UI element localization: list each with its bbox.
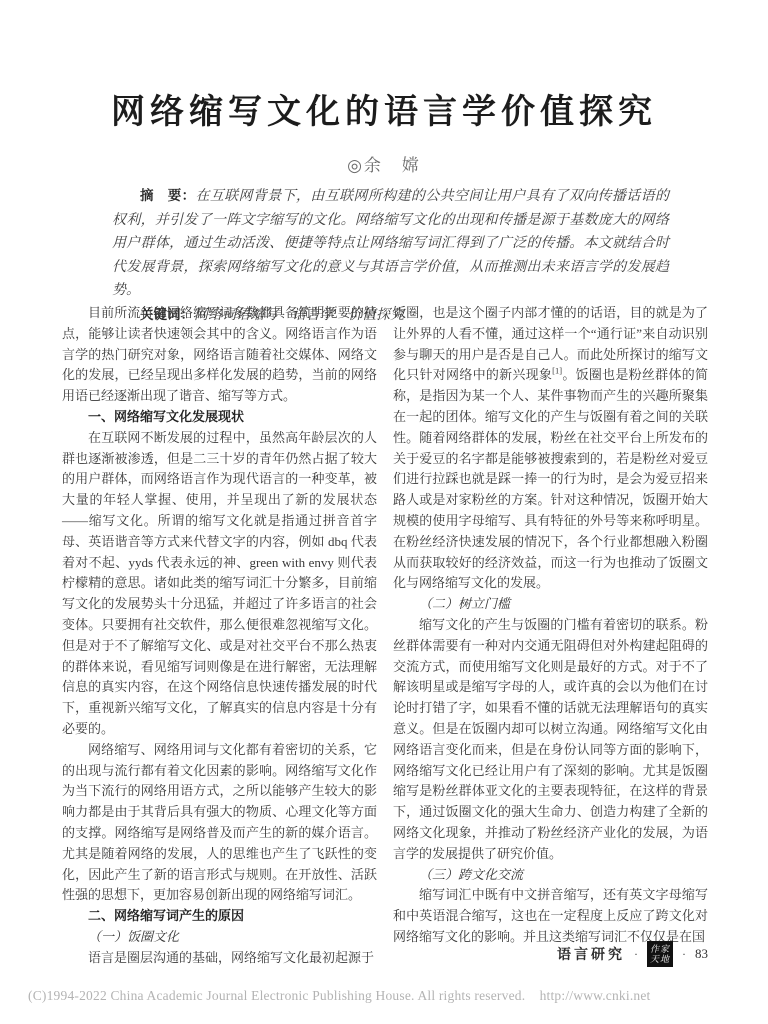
body-paragraph: 饭圈，也是这个圈子内部才懂的的话语，目的就是为了让外界的人看不懂，通过这样一个“… [393,303,708,594]
body-paragraph: 在互联网不断发展的过程中，虽然高年龄层次的人群也逐渐被渗透，但是二三十岁的青年仍… [62,428,377,740]
separator-dot: · [634,947,638,962]
abstract-text: 在互联网背景下，由互联网所构建的公共空间让用户具有了双向传播话语的权利，并引发了… [112,189,669,298]
copyright-line: (C)1994-2022 China Academic Journal Elec… [28,988,651,1004]
abstract-label: 摘 要： [140,188,195,203]
subsection-heading-1: （一）饭圈文化 [62,927,377,948]
subsection-heading-3: （三）跨文化交流 [393,865,708,886]
abstract-paragraph: 摘 要：在互联网背景下，由互联网所构建的公共空间让用户具有了双向传播话语的权利，… [112,184,669,303]
paper-author: ◎余 嫦 [0,151,768,176]
separator-dot: · [682,947,686,962]
paper-page: 网络缩写文化的语言学价值探究 ◎余 嫦 摘 要：在互联网背景下，由互联网所构建的… [0,0,768,1024]
body-paragraph: 目前所流行的网络缩写词多数都具备简明扼要的特点，能够让读者快速领会其中的含义。网… [62,303,377,407]
journal-logo-text-bottom: 天地 [650,954,670,964]
journal-section-name: 语言研究 [557,944,625,964]
journal-logo: 作家 天地 [647,941,673,967]
left-column: 目前所流行的网络缩写词多数都具备简明扼要的特点，能够让读者快速领会其中的含义。网… [62,303,377,969]
body-paragraph: 缩写文化的产生与饭圈的门槛有着密切的联系。粉丝群体需要有一种对内交通无阻碍但对外… [393,615,708,865]
paper-title: 网络缩写文化的语言学价值探究 [0,84,768,133]
body-paragraph: 网络缩写、网络用词与文化都有着密切的关系，它的出现与流行都有着文化因素的影响。网… [62,740,377,906]
right-column: 饭圈，也是这个圈子内部才懂的的话语，目的就是为了让外界的人看不懂，通过这样一个“… [393,303,708,969]
page-number: 83 [695,946,708,962]
section-heading-1: 一、网络缩写文化发展现状 [62,407,377,428]
subsection-heading-2: （二）树立门槛 [393,594,708,615]
body-paragraph: 缩写词汇中既有中文拼音缩写，还有英文字母缩写和中英语混合缩写，这也在一定程度上反… [393,885,708,947]
page-footer: 语言研究 · 作家 天地 · 83 [557,941,708,967]
body-paragraph: 语言是圈层沟通的基础，网络缩写文化最初起源于 [62,948,377,969]
paragraph-text: 。饭圈也是粉丝群体的简称，是指因为某一个人、某件事物而产生的兴趣所聚集在一起的团… [393,367,708,590]
journal-logo-text-top: 作家 [650,944,670,954]
footnote-ref: [1] [552,366,562,376]
section-heading-2: 二、网络缩写词产生的原因 [62,906,377,927]
body-columns: 目前所流行的网络缩写词多数都具备简明扼要的特点，能够让读者快速领会其中的含义。网… [62,303,708,969]
